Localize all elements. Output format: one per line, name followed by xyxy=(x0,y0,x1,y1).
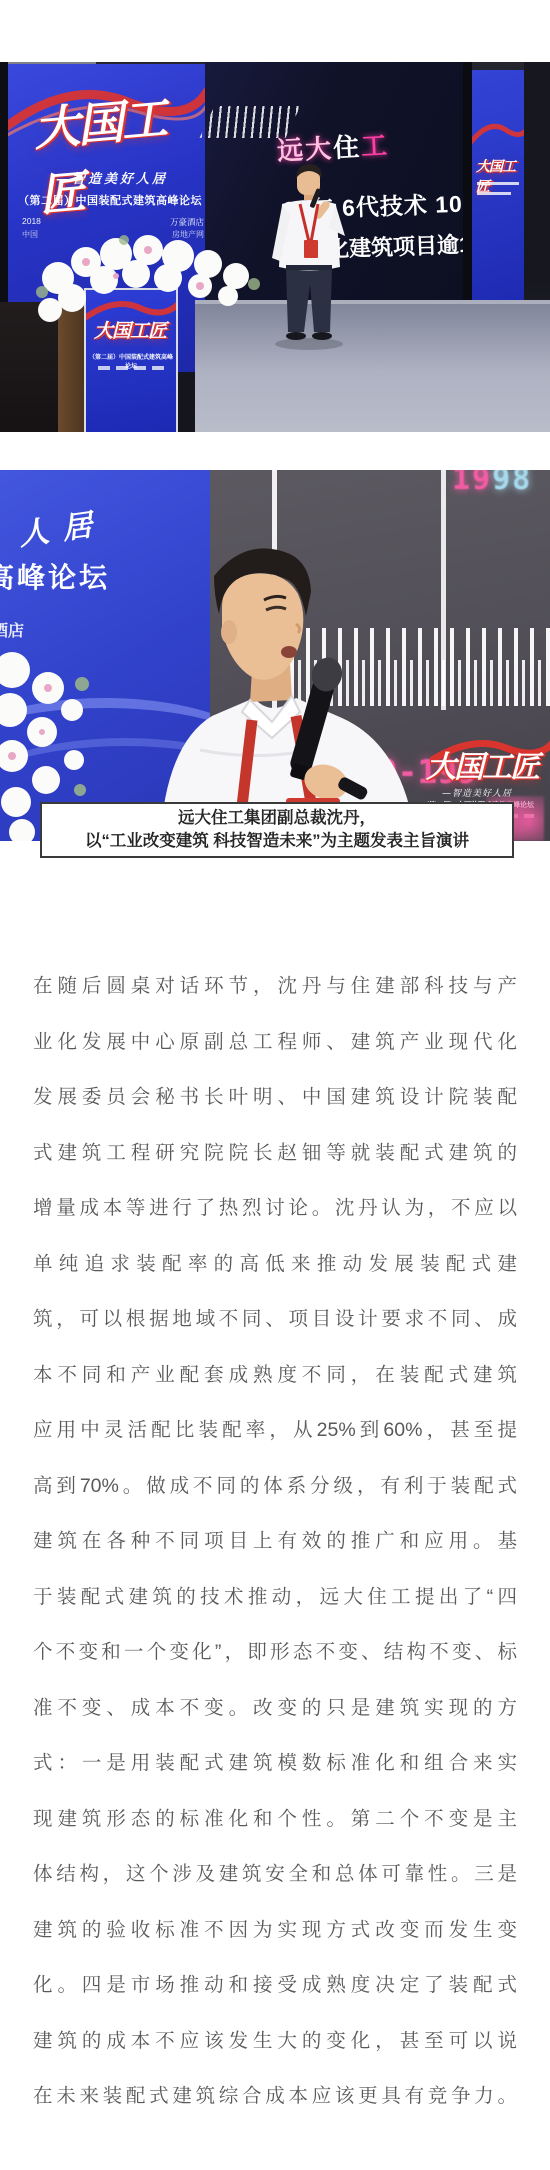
body-line: 发展委员会秘书长叶明、中国建筑设计院装配 xyxy=(33,1070,517,1126)
forum-title-fragment: 高峰论坛 xyxy=(0,556,110,596)
body-line: 应用中灵活配比装配率，从25%到60%，甚至提 xyxy=(33,1403,517,1459)
body-line: 式：一是用装配式建筑模数标准化和组合来实 xyxy=(33,1736,517,1792)
body-line: 化。四是市场推动和接受成熟度决定了装配式 xyxy=(33,1958,517,2014)
brand-part-b: 住 xyxy=(332,132,362,163)
caption-line-2: 以“工业改变建筑 科技智造未来”为主题发表主旨演讲 xyxy=(42,830,512,853)
year-top-cyan: 98 xyxy=(492,470,532,497)
red-ribbon-graphic xyxy=(472,110,524,156)
speaker-figure xyxy=(252,162,362,362)
small-text-bar xyxy=(477,182,519,185)
article-body: 在随后圆桌对话环节，沈丹与住建部科技与产 业化发展中心原副总工程师、建筑产业现代… xyxy=(33,959,517,2125)
article-page: 大国工匠 —智造美好人居 （第二届）中国装配式建筑高峰论坛 2018 万豪酒店 … xyxy=(0,0,550,2170)
body-line: 高到70%。做成不同的体系分级，有利于装配式 xyxy=(33,1459,517,1515)
body-line: 于装配式建筑的技术推动，远大住工提出了“四 xyxy=(33,1570,517,1626)
body-line: 现建筑形态的标准化和个性。第二个不变是主 xyxy=(33,1792,517,1848)
speaker-closeup-photo: 人居 高峰论坛 酒店 1998 1990-199 xyxy=(0,470,550,841)
body-line: 在未来装配式建筑综合成本应该更具有竞争力。 xyxy=(33,2069,517,2125)
body-line: 式建筑工程研究院院长赵钿等就装配式建筑的 xyxy=(33,1126,517,1182)
script-text-fragment: 人居 xyxy=(15,498,108,554)
body-line: 准不变、成本不变。改变的只是建筑实现的方 xyxy=(33,1681,517,1737)
body-line: 在随后圆桌对话环节，沈丹与住建部科技与产 xyxy=(33,959,517,1015)
screen-tagline: —智造美好人居 xyxy=(56,168,205,187)
body-line: 单纯追求装配率的高低来推动发展装配式建 xyxy=(33,1237,517,1293)
brand-part-a: 远大 xyxy=(276,133,334,166)
forum-title: （第二届）中国装配式建筑高峰论坛 xyxy=(18,192,205,208)
body-line: 体结构，这个涉及建筑安全和总体可靠性。三是 xyxy=(33,1847,517,1903)
body-line: 增量成本等进行了热烈讨论。沈丹认为，不应以 xyxy=(33,1181,517,1237)
screen-gap-graphic xyxy=(463,62,472,307)
body-line: 建筑的成本不应该发生大的变化，甚至可以说 xyxy=(33,2014,517,2070)
flowers-graphic xyxy=(28,218,268,328)
body-line: 建筑在各种不同项目上有效的推广和应用。基 xyxy=(33,1514,517,1570)
speaker-figure: VIP xyxy=(100,520,430,841)
photo-caption: 远大住工集团副总裁沈丹， 以“工业改变建筑 科技智造未来”为主题发表主旨演讲 xyxy=(40,802,514,858)
caption-line-1: 远大住工集团副总裁沈丹， xyxy=(42,807,512,830)
body-line: 筑，可以根据地域不同、项目设计要求不同、成 xyxy=(33,1292,517,1348)
venue-fragment: 酒店 xyxy=(0,618,24,641)
small-text-bar xyxy=(477,192,511,195)
body-line: 业化发展中心原副总工程师、建筑产业现代化 xyxy=(33,1015,517,1071)
timeline-year-top: 1998 xyxy=(452,470,532,497)
body-line: 个不变和一个变化”，即形态不变、结构不变、标 xyxy=(33,1625,517,1681)
brand-logo-text: 大国工匠 xyxy=(476,156,524,196)
podium-sponsor-bar xyxy=(98,366,164,370)
year-top-pink: 19 xyxy=(452,470,492,497)
brand-part-c: 工 xyxy=(360,130,390,161)
brand-logo-text: 大国工匠 xyxy=(426,742,538,786)
body-line: 本不同和产业配套成熟度不同，在装配式建筑 xyxy=(33,1348,517,1404)
body-line: 建筑的验收标准不因为实现方式改变而发生变 xyxy=(33,1903,517,1959)
right-led-screen: 大国工匠 xyxy=(472,70,524,302)
stage-wide-photo: 大国工匠 —智造美好人居 （第二届）中国装配式建筑高峰论坛 2018 万豪酒店 … xyxy=(0,62,550,432)
